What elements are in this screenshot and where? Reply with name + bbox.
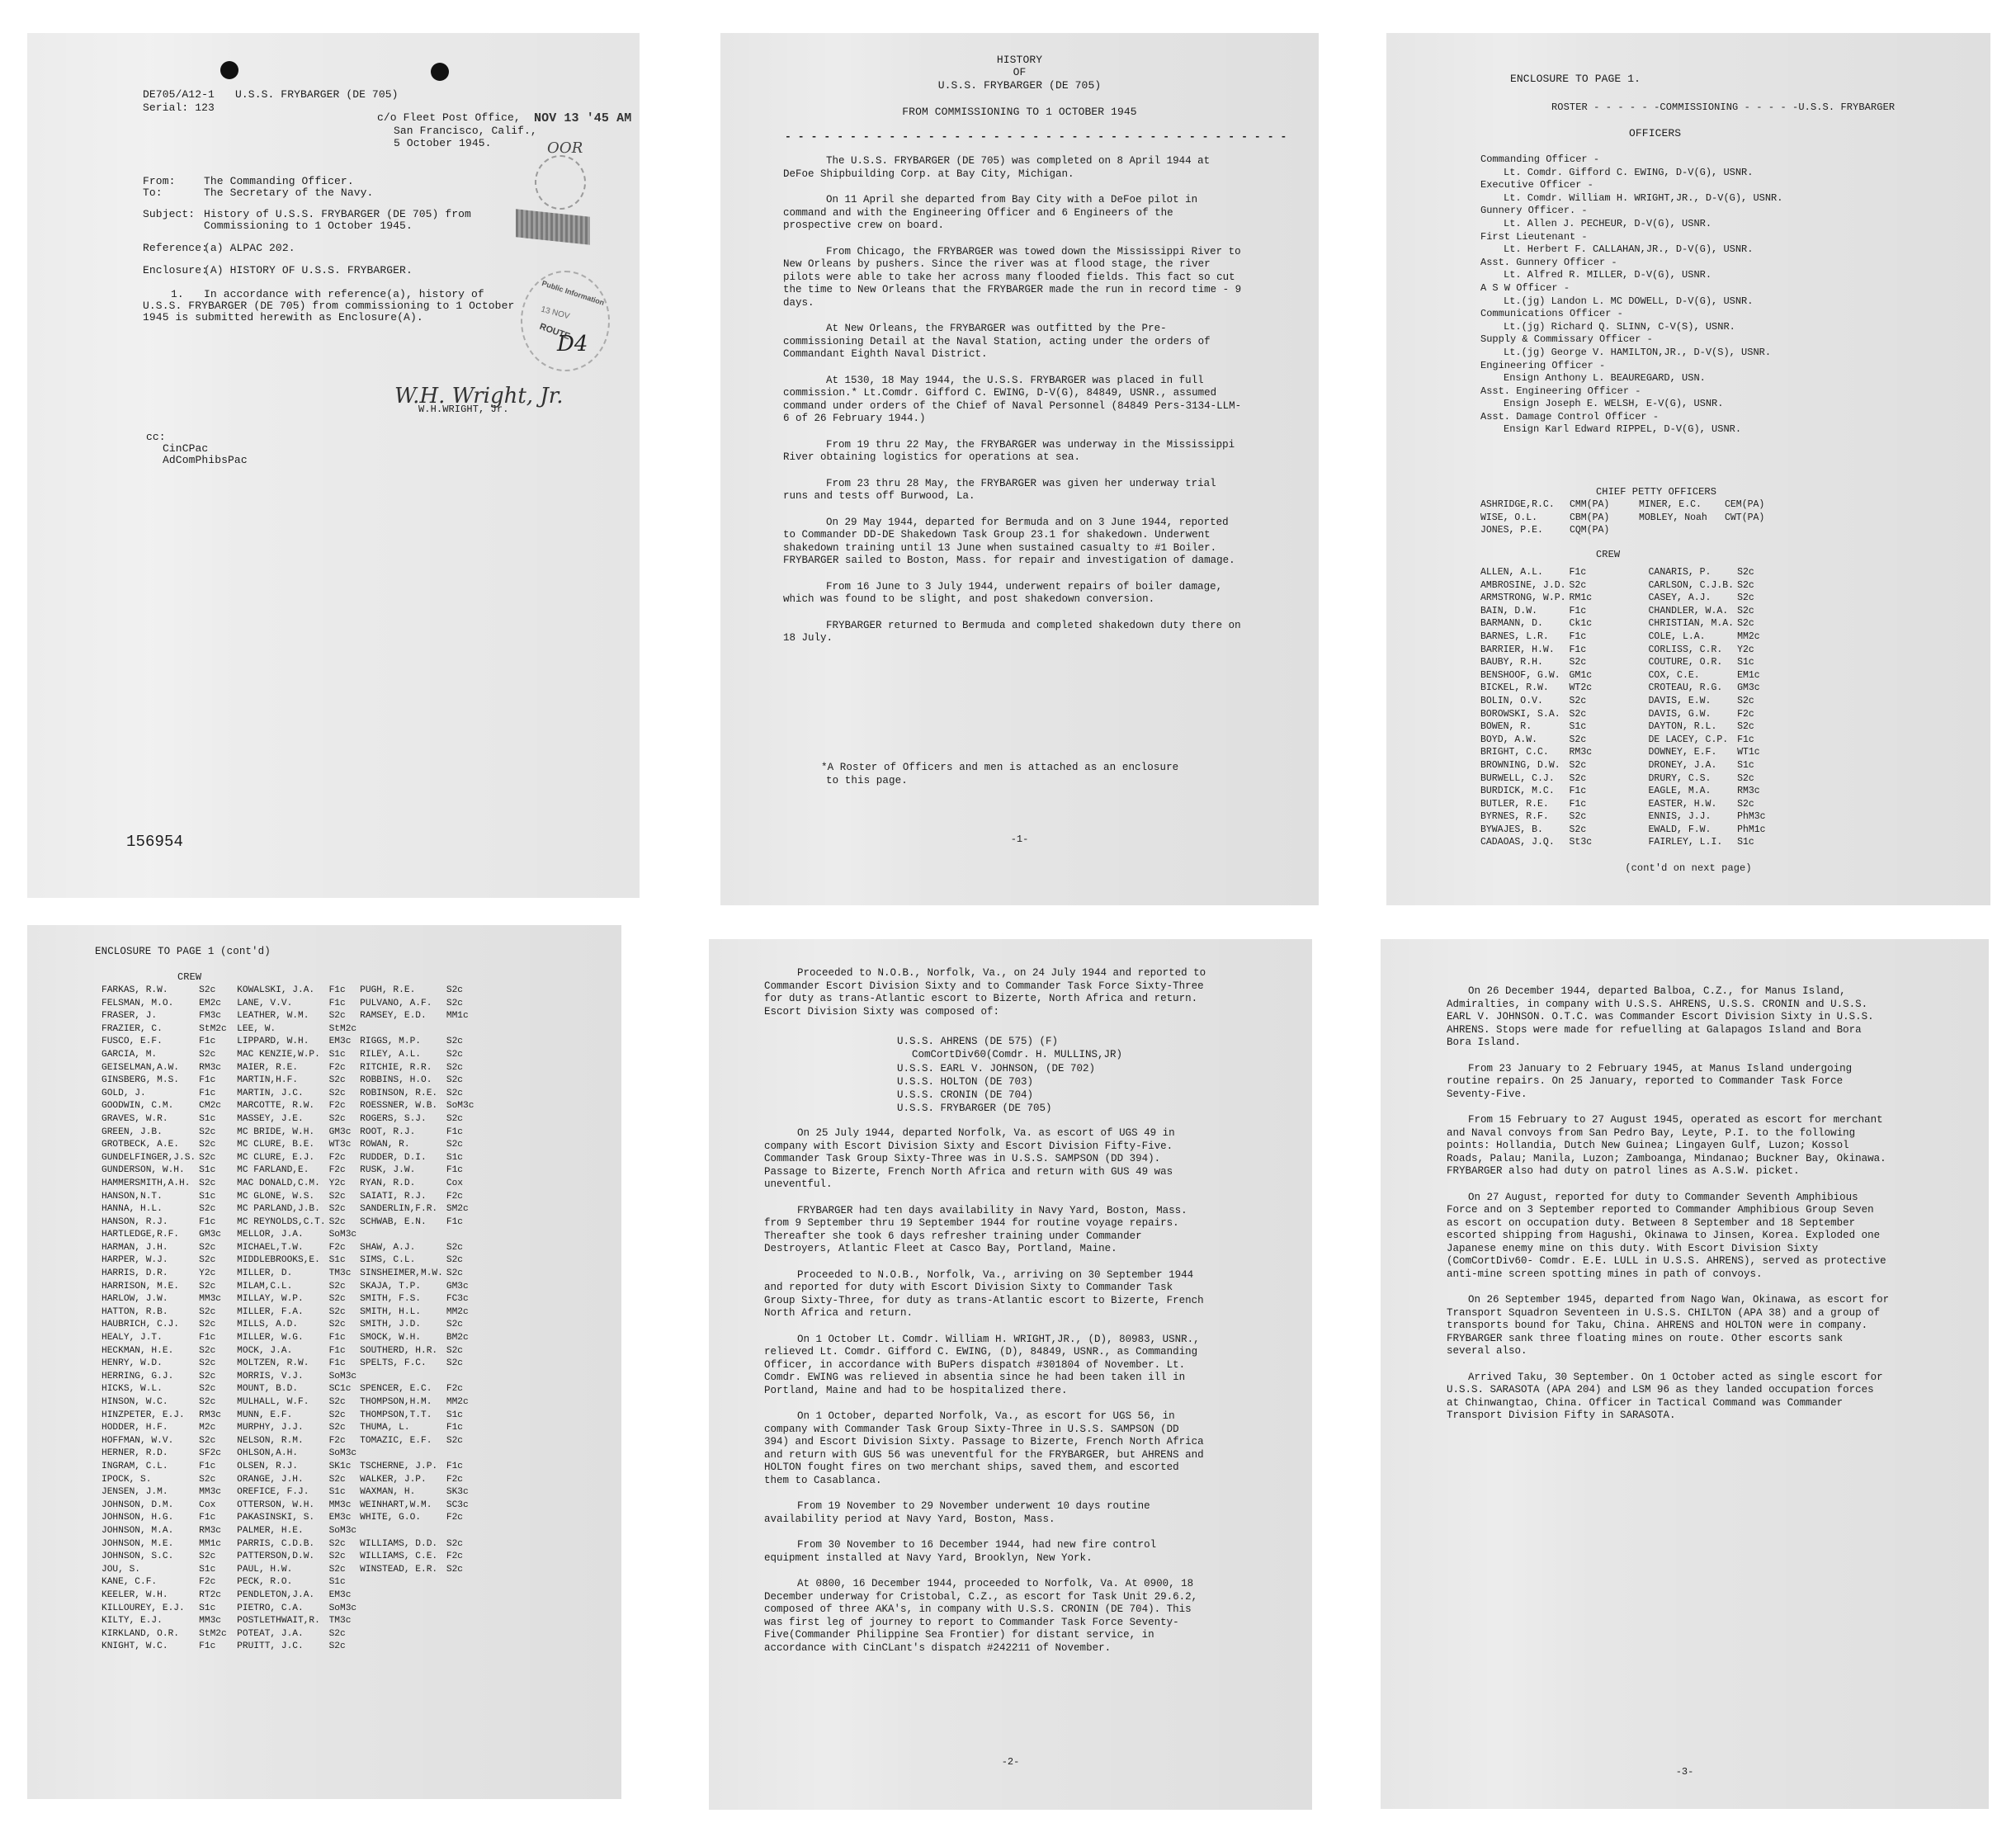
crew-rating: S2c <box>1737 617 1790 630</box>
roster-row: BAIN, D.W.F1cCHANDLER, W.A.S2c <box>1480 605 1790 618</box>
escort-ship: ComCortDiv60(Comdr. H. MULLINS,JR) <box>897 1048 1122 1061</box>
crew-name: HODDER, H.F. <box>102 1422 199 1435</box>
crew-name: KOWALSKI, J.A. <box>237 985 328 998</box>
crew-name: MOLTZEN, R.W. <box>237 1358 328 1371</box>
crew-rating: SoM3c <box>329 1447 361 1461</box>
crew-rating: S2c <box>329 1564 361 1577</box>
crew-rating: F2c <box>446 1551 483 1564</box>
roster-row: HODDER, H.F.M2cMURPHY, J.J.S2cTHUMA, L.F… <box>102 1422 483 1435</box>
crew-name: HERNER, R.D. <box>102 1447 199 1461</box>
history-paragraph: From 30 November to 16 December 1944, ha… <box>764 1539 1210 1565</box>
crew-name <box>360 1023 446 1037</box>
crew-name: GARCIA, M. <box>102 1049 199 1062</box>
crew-rating: S2c <box>1737 695 1790 708</box>
crew-name: THOMPSON,T.T. <box>360 1410 446 1423</box>
crew-name: MILLER, D. <box>237 1268 328 1281</box>
crew-rating: S1c <box>199 1164 237 1178</box>
crew-name: FRAZIER, C. <box>102 1023 199 1037</box>
crew-name: ORANGE, J.H. <box>237 1474 328 1487</box>
crew-name: ALLEN, A.L. <box>1480 566 1570 579</box>
crew-rating <box>446 1615 483 1628</box>
crew-name: MORRIS, V.J. <box>237 1371 328 1384</box>
crew-rating: SoM3c <box>446 1100 483 1113</box>
crew-name: PECK, R.O. <box>237 1576 328 1589</box>
crew-rating: RM3c <box>1737 785 1790 798</box>
crew-name: WHITE, G.O. <box>360 1512 446 1525</box>
roster-row: FUSCO, E.F.F1cLIPPARD, W.H.EM3cRIGGS, M.… <box>102 1036 483 1049</box>
crew-name: JOHNSON, D.M. <box>102 1499 199 1513</box>
roster-row: BAUBY, R.H.S2cCOUTURE, O.R.S1c <box>1480 656 1790 669</box>
document-number: 156954 <box>126 835 183 848</box>
crew-name: CADAOAS, J.Q. <box>1480 836 1570 849</box>
crew-rating: Y2c <box>329 1178 361 1191</box>
crew-name: MICHAEL,T.W. <box>237 1242 328 1255</box>
crew-name: RILEY, A.L. <box>360 1049 446 1062</box>
crew-name: HARMAN, J.H. <box>102 1242 199 1255</box>
history-paragraph: On 1 October Lt. Comdr. William H. WRIGH… <box>764 1334 1210 1398</box>
officer-role: Executive Officer - <box>1480 179 1782 192</box>
officer-name: Lt. Comdr. William H. WRIGHT,JR., D-V(G)… <box>1480 192 1782 205</box>
crew-rating: S2c <box>329 1628 361 1641</box>
crew-name <box>360 1229 446 1242</box>
history-page-3: On 26 December 1944, departed Balboa, C.… <box>1381 939 1989 1809</box>
officer-role: Communications Officer - <box>1480 308 1782 321</box>
crew-rating: F1c <box>1570 798 1649 811</box>
history-paragraph: On 29 May 1944, departed for Bermuda and… <box>783 517 1245 568</box>
address-line: San Francisco, Calif., <box>394 125 537 138</box>
crew-rating: StM2c <box>199 1023 237 1037</box>
crew-rating: MM2c <box>1737 630 1790 644</box>
crew-rating: F1c <box>329 1358 361 1371</box>
page-number: -3- <box>1381 1766 1989 1778</box>
crew-name: CARLSON, C.J.B. <box>1649 579 1738 593</box>
crew-name: MC REYNOLDS,C.T. <box>237 1216 328 1230</box>
cc-recipient: AdComPhibsPac <box>163 454 248 467</box>
crew-name: PAUL, H.W. <box>237 1564 328 1577</box>
crew-rating: S2c <box>199 1126 237 1140</box>
clock-stamp-icon <box>535 155 586 210</box>
crew-name: RYAN, R.D. <box>360 1178 446 1191</box>
history-body: The U.S.S. FRYBARGER (DE 705) was comple… <box>783 155 1245 659</box>
crew-name: WINSTEAD, E.R. <box>360 1564 446 1577</box>
subject-label: Subject: <box>143 208 195 221</box>
escort-ship: U.S.S. AHRENS (DE 575) (F) <box>897 1035 1122 1048</box>
roster-row: KILTY, E.J.MM3cPOSTLETHWAIT,R.TM3c <box>102 1615 483 1628</box>
crew-name: PUGH, R.E. <box>360 985 446 998</box>
crew-name: ROGERS, S.J. <box>360 1113 446 1126</box>
crew-rating: RM3c <box>1570 746 1649 759</box>
crew-name: BUTLER, R.E. <box>1480 798 1570 811</box>
crew-name: MILLS, A.D. <box>237 1319 328 1332</box>
reference-label: Reference: <box>143 242 208 255</box>
crew-rating: Cox <box>199 1499 237 1513</box>
crew-name: GINSBERG, M.S. <box>102 1074 199 1088</box>
crew-rating: S2c <box>329 1191 361 1204</box>
crew-rating: S1c <box>329 1576 361 1589</box>
received-stamp: NOV 13 '45 AM <box>534 112 631 125</box>
roster-row: HANSON,N.T.S1cMC GLONE, W.S.S2cSAIATI, R… <box>102 1191 483 1204</box>
crew-name: MC BRIDE, W.H. <box>237 1126 328 1140</box>
crew-rating <box>446 1603 483 1616</box>
crew-name: OTTERSON, W.H. <box>237 1499 328 1513</box>
crew-name <box>360 1589 446 1603</box>
crew-rating: S2c <box>199 1242 237 1255</box>
crew-name: BAIN, D.W. <box>1480 605 1570 618</box>
crew-name: KIRKLAND, O.R. <box>102 1628 199 1641</box>
crew-rating: CMM(PA) <box>1570 498 1639 512</box>
crew-rating <box>446 1641 483 1654</box>
history-paragraph: From Chicago, the FRYBARGER was towed do… <box>783 246 1245 310</box>
crew-name: KANE, C.F. <box>102 1576 199 1589</box>
crew-rating: M2c <box>199 1422 237 1435</box>
roster-row: FRASER, J.FM3cLEATHER, W.M.S2cRAMSEY, E.… <box>102 1010 483 1023</box>
roster-row: GARCIA, M.S2cMAC KENZIE,W.P.S1cRILEY, A.… <box>102 1049 483 1062</box>
crew-name: FELSMAN, M.O. <box>102 998 199 1011</box>
crew-name: SMOCK, W.H. <box>360 1332 446 1345</box>
crew-rating: SM2c <box>446 1203 483 1216</box>
roster-row: BOYD, A.W.S2cDE LACEY, C.P.F1c <box>1480 734 1790 747</box>
roster-row: HANNA, H.L.S2cMC PARLAND,J.B.S2cSANDERLI… <box>102 1203 483 1216</box>
crew-name: HARTLEDGE,R.F. <box>102 1229 199 1242</box>
roster-row: JOHNSON, D.M.CoxOTTERSON, W.H.MM3cWEINHA… <box>102 1499 483 1513</box>
officer-name: Ensign Karl Edward RIPPEL, D-V(G), USNR. <box>1480 423 1782 437</box>
crew-name: BYWAJES, B. <box>1480 824 1570 837</box>
crew-name: SPENCER, E.C. <box>360 1383 446 1396</box>
crew-name: RUDDER, D.I. <box>360 1152 446 1165</box>
roster-row: HEALY, J.T.F1cMILLER, W.G.F1cSMOCK, W.H.… <box>102 1332 483 1345</box>
roster-row: GOLD, J.F1cMARTIN, J.C.S2cROBINSON, R.E.… <box>102 1088 483 1101</box>
crew-rating: F2c <box>329 1242 361 1255</box>
crew-name: SCHWAB, E.N. <box>360 1216 446 1230</box>
crew-rating: F2c <box>329 1100 361 1113</box>
crew-rating: F1c <box>199 1088 237 1101</box>
crew-name: MARTIN,H.F. <box>237 1074 328 1088</box>
footnote: *A Roster of Officers and men is attache… <box>821 761 1178 774</box>
roster-row: BOLIN, O.V.S2cDAVIS, E.W.S2c <box>1480 695 1790 708</box>
roster-row: BROWNING, D.W.S2cDRONEY, J.A.S1c <box>1480 759 1790 772</box>
crew-name: ROBBINS, H.O. <box>360 1074 446 1088</box>
roster-row: JENSEN, J.M.MM3cOREFICE, F.J.S1cWAXMAN, … <box>102 1486 483 1499</box>
crew-name: MARCOTTE, R.W. <box>237 1100 328 1113</box>
crew-name: MC CLURE, B.E. <box>237 1139 328 1152</box>
crew-name: MC CLURE, E.J. <box>237 1152 328 1165</box>
crew-rating: S2c <box>329 1216 361 1230</box>
officers-heading: OFFICERS <box>1629 127 1681 140</box>
crew-name: CORLISS, C.R. <box>1649 644 1738 657</box>
crew-rating: GM3c <box>199 1229 237 1242</box>
letter-date: 5 October 1945. <box>394 137 492 150</box>
roster-row: AMBROSINE, J.D.S2cCARLSON, C.J.B.S2c <box>1480 579 1790 593</box>
roster-row: ASHRIDGE,R.C.CMM(PA)MINER, E.C.CEM(PA) <box>1480 498 1778 512</box>
roster-row: BENSHOOF, G.W.GM1cCOX, C.E.EM1c <box>1480 669 1790 682</box>
roster-row: JOHNSON, H.G.F1cPAKASINSKI, S.EM3cWHITE,… <box>102 1512 483 1525</box>
crew-rating: WT3c <box>329 1139 361 1152</box>
roster-row: BOWEN, R.S1cDAYTON, R.L.S2c <box>1480 720 1790 734</box>
crew-rating: S2c <box>199 1474 237 1487</box>
crew-rating: F1c <box>329 1332 361 1345</box>
roster-row: FELSMAN, M.O.EM2cLANE, V.V.F1cPULVANO, A… <box>102 998 483 1011</box>
roster-row: HAUBRICH, C.J.S2cMILLS, A.D.S2cSMITH, J.… <box>102 1319 483 1332</box>
crew-name: JOHNSON, H.G. <box>102 1512 199 1525</box>
crew-rating <box>446 1447 483 1461</box>
roster-row: HOFFMAN, W.V.S2cNELSON, R.M.F2cTOMAZIC, … <box>102 1435 483 1448</box>
crew-rating: MM1c <box>199 1538 237 1551</box>
crew-name <box>360 1641 446 1654</box>
crew-name <box>360 1576 446 1589</box>
crew-name: BAUBY, R.H. <box>1480 656 1570 669</box>
crew-name: FUSCO, E.F. <box>102 1036 199 1049</box>
crew-rating: S2c <box>446 1088 483 1101</box>
crew-name: PENDLETON,J.A. <box>237 1589 328 1603</box>
history-paragraph: FRYBARGER returned to Bermuda and comple… <box>783 620 1245 645</box>
crew-rating: S2c <box>199 1152 237 1165</box>
crew-rating: S2c <box>446 1049 483 1062</box>
crew-name: MIDDLEBROOKS,E. <box>237 1254 328 1268</box>
crew-rating: WT1c <box>1737 746 1790 759</box>
crew-rating: F1c <box>446 1422 483 1435</box>
crew-rating: SK1c <box>329 1461 361 1474</box>
crew-name: IPOCK, S. <box>102 1474 199 1487</box>
officer-role: A S W Officer - <box>1480 282 1782 295</box>
roster-row: KANE, C.F.F2cPECK, R.O.S1c <box>102 1576 483 1589</box>
crew-name: WILLIAMS, C.E. <box>360 1551 446 1564</box>
crew-rating: MM2c <box>446 1306 483 1320</box>
crew-name: SMITH, F.S. <box>360 1293 446 1306</box>
roster-continued-page: ENCLOSURE TO PAGE 1 (cont'd) CREW FARKAS… <box>27 925 621 1799</box>
crew-name <box>360 1525 446 1538</box>
officer-name: Lt.(jg) Richard Q. SLINN, C-V(S), USNR. <box>1480 321 1782 334</box>
crew-name: HARPER, W.J. <box>102 1254 199 1268</box>
crew-name: EWALD, F.W. <box>1649 824 1738 837</box>
roster-row: KIRKLAND, O.R.StM2cPOTEAT, J.A.S2c <box>102 1628 483 1641</box>
crew-name: SMITH, H.L. <box>360 1306 446 1320</box>
crew-name: KILLOUREY, E.J. <box>102 1603 199 1616</box>
crew-rating: RM3c <box>199 1410 237 1423</box>
crew-name: SPELTS, F.C. <box>360 1358 446 1371</box>
crew-name: HATTON, R.B. <box>102 1306 199 1320</box>
crew-rating: S2c <box>1570 810 1649 824</box>
crew-name: WISE, O.L. <box>1480 512 1570 525</box>
crew-rating: CBM(PA) <box>1570 512 1639 525</box>
roster-row: BYWAJES, B.S2cEWALD, F.W.PhM1c <box>1480 824 1790 837</box>
crew-rating: S2c <box>329 1293 361 1306</box>
history-paragraph: At New Orleans, the FRYBARGER was outfit… <box>783 323 1245 361</box>
crew-rating: Y2c <box>1737 644 1790 657</box>
crew-name: INGRAM, C.L. <box>102 1461 199 1474</box>
roster-row: GROTBECK, A.E.S2cMC CLURE, B.E.WT3cROWAN… <box>102 1139 483 1152</box>
crew-name: RIGGS, M.P. <box>360 1036 446 1049</box>
crew-name: MILAM,C.L. <box>237 1281 328 1294</box>
crew-rating: F2c <box>329 1152 361 1165</box>
escort-ship: U.S.S. EARL V. JOHNSON, (DE 702) <box>897 1062 1122 1075</box>
officer-name: Lt. Herbert F. CALLAHAN,JR., D-V(G), USN… <box>1480 243 1782 257</box>
crew-rating: Y2c <box>199 1268 237 1281</box>
crew-name: PATTERSON,D.W. <box>237 1551 328 1564</box>
enclosure-label: Enclosure: <box>143 264 208 277</box>
crew-rating: S2c <box>199 985 237 998</box>
crew-rating: S2c <box>199 1178 237 1191</box>
crew-rating <box>446 1371 483 1384</box>
crew-rating: S2c <box>446 985 483 998</box>
crew-rating: S2c <box>1737 566 1790 579</box>
crew-name: HANSON,N.T. <box>102 1191 199 1204</box>
crew-rating: MM3c <box>199 1486 237 1499</box>
crew-name: ROBINSON, R.E. <box>360 1088 446 1101</box>
footnote: to this page. <box>826 774 908 787</box>
crew-rating: S2c <box>329 1281 361 1294</box>
crew-name: WEINHART,W.M. <box>360 1499 446 1513</box>
crew-rating: F2c <box>329 1164 361 1178</box>
crew-name: MASSEY, J.E. <box>237 1113 328 1126</box>
crew-rating <box>446 1628 483 1641</box>
crew-rating: F1c <box>1570 630 1649 644</box>
crew-rating: PhM1c <box>1737 824 1790 837</box>
officer-role: Asst. Gunnery Officer - <box>1480 257 1782 270</box>
crew-rating: PhM3c <box>1737 810 1790 824</box>
crew-rating: F1c <box>446 1126 483 1140</box>
crew-rating: F1c <box>199 1512 237 1525</box>
crew-name: CASEY, A.J. <box>1649 592 1738 605</box>
to-label: To: <box>143 187 163 200</box>
crew-rating: S2c <box>199 1254 237 1268</box>
crew-rating: EM3c <box>329 1512 361 1525</box>
archive-stamp-icon <box>516 209 590 244</box>
crew-rating: S2c <box>329 1074 361 1088</box>
cover-letter-page: DE705/A12-1 Serial: 123 U.S.S. FRYBARGER… <box>27 33 640 898</box>
history-page-2: Proceeded to N.O.B., Norfolk, Va., on 24… <box>709 939 1312 1810</box>
history-subtitle: FROM COMMISSIONING TO 1 OCTOBER 1945 <box>720 106 1319 119</box>
crew-heading: CREW <box>177 970 201 984</box>
crew-name: BARRIER, H.W. <box>1480 644 1570 657</box>
crew-rating: F1c <box>199 1332 237 1345</box>
crew-rating: MM2c <box>446 1396 483 1410</box>
roster-row: HICKS, W.L.S2cMOUNT, B.D.SC1cSPENCER, E.… <box>102 1383 483 1396</box>
crew-name: MILLAY, W.P. <box>237 1293 328 1306</box>
crew-name: DE LACEY, C.P. <box>1649 734 1738 747</box>
history-paragraph: At 1530, 18 May 1944, the U.S.S. FRYBARG… <box>783 375 1245 426</box>
crew-rating <box>446 1589 483 1603</box>
crew-name: SKAJA, T.P. <box>360 1281 446 1294</box>
crew-rating: FC3c <box>446 1293 483 1306</box>
crew-name: THOMPSON,H.M. <box>360 1396 446 1410</box>
crew-rating: S1c <box>199 1113 237 1126</box>
roster-row: HANSON, R.J.F1cMC REYNOLDS,C.T.S2cSCHWAB… <box>102 1216 483 1230</box>
crew-name: SOUTHERD, H.R. <box>360 1345 446 1358</box>
crew-name: DRURY, C.S. <box>1649 772 1738 786</box>
crew-name: MAC DONALD,C.M. <box>237 1178 328 1191</box>
crew-name: CHRISTIAN, M.A. <box>1649 617 1738 630</box>
crew-rating: F1c <box>199 1216 237 1230</box>
crew-name: RUSK, J.W. <box>360 1164 446 1178</box>
crew-rating: GM3c <box>446 1281 483 1294</box>
history-paragraph: From 16 June to 3 July 1944, underwent r… <box>783 581 1245 607</box>
crew-rating: F1c <box>446 1461 483 1474</box>
crew-name: OHLSON,A.H. <box>237 1447 328 1461</box>
crew-rating: S2c <box>1570 734 1649 747</box>
crew-rating: S2c <box>1737 592 1790 605</box>
roster-row: JONES, P.E.CQM(PA) <box>1480 524 1778 537</box>
crew-name: BICKEL, R.W. <box>1480 682 1570 695</box>
crew-name: OLSEN, R.J. <box>237 1461 328 1474</box>
history-paragraph: From 19 thru 22 May, the FRYBARGER was u… <box>783 439 1245 465</box>
roster-row: GUNDELFINGER,J.S.S2cMC CLURE, E.J.F2cRUD… <box>102 1152 483 1165</box>
crew-rating: SoM3c <box>329 1603 361 1616</box>
roster-row: BURWELL, C.J.S2cDRURY, C.S.S2c <box>1480 772 1790 786</box>
roster-row: GOODWIN, C.M.CM2cMARCOTTE, R.W.F2cROESSN… <box>102 1100 483 1113</box>
roster-row: GREEN, J.B.S2cMC BRIDE, W.H.GM3cROOT, R.… <box>102 1126 483 1140</box>
crew-rating: S2c <box>446 1139 483 1152</box>
crew-name: JOU, S. <box>102 1564 199 1577</box>
crew-name: BRIGHT, C.C. <box>1480 746 1570 759</box>
crew-rating: S2c <box>199 1345 237 1358</box>
crew-rating: S2c <box>199 1203 237 1216</box>
crew-name: HANNA, H.L. <box>102 1203 199 1216</box>
roster-row: JOU, S.S1cPAUL, H.W.S2cWINSTEAD, E.R.S2c <box>102 1564 483 1577</box>
crew-rating: S2c <box>329 1010 361 1023</box>
crew-heading: CREW <box>1596 548 1620 561</box>
crew-name: HERRING, G.J. <box>102 1371 199 1384</box>
crew-name: MUNN, E.F. <box>237 1410 328 1423</box>
roster-title: ROSTER - - - - - -COMMISSIONING - - - - … <box>1551 101 1895 114</box>
roster-row: ALLEN, A.L.F1cCANARIS, P.S2c <box>1480 566 1790 579</box>
crew-rating: Ck1c <box>1570 617 1649 630</box>
crew-rating: GM1c <box>1570 669 1649 682</box>
roster-row: GRAVES, W.R.S1cMASSEY, J.E.S2cROGERS, S.… <box>102 1113 483 1126</box>
escort-ship: U.S.S. HOLTON (DE 703) <box>897 1075 1122 1089</box>
crew-name: HENRY, W.D. <box>102 1358 199 1371</box>
crew-rating: S2c <box>329 1410 361 1423</box>
roster-row: JOHNSON, M.A.RM3cPALMER, H.E.SoM3c <box>102 1525 483 1538</box>
history-title: U.S.S. FRYBARGER (DE 705) <box>720 79 1319 92</box>
crew-rating: S1c <box>199 1564 237 1577</box>
officer-role: Supply & Commissary Officer - <box>1480 333 1782 347</box>
crew-rating: S1c <box>446 1410 483 1423</box>
crew-rating: S1c <box>199 1603 237 1616</box>
crew-rating: S2c <box>199 1049 237 1062</box>
crew-rating: S2c <box>1570 772 1649 786</box>
crew-name: BOROWSKI, S.A. <box>1480 708 1570 721</box>
crew-rating <box>446 1023 483 1037</box>
crew-rating: S2c <box>446 1113 483 1126</box>
crew-rating: EM3c <box>329 1036 361 1049</box>
crew-rating: EM1c <box>1737 669 1790 682</box>
crew-rating: WT2c <box>1570 682 1649 695</box>
crew-rating: EM2c <box>199 998 237 1011</box>
officer-role: Gunnery Officer. - <box>1480 205 1782 218</box>
escort-division-ships: U.S.S. AHRENS (DE 575) (F)ComCortDiv60(C… <box>897 1035 1122 1116</box>
crew-rating: F2c <box>329 1062 361 1075</box>
roster-row: HERRING, G.J.S2cMORRIS, V.J.SoM3c <box>102 1371 483 1384</box>
crew-name: KEELER, W.H. <box>102 1589 199 1603</box>
crew-name: MELLOR, J.A. <box>237 1229 328 1242</box>
officer-role: Asst. Engineering Officer - <box>1480 385 1782 399</box>
crew-rating: S2c <box>199 1435 237 1448</box>
crew-name: BOLIN, O.V. <box>1480 695 1570 708</box>
history-paragraph: FRYBARGER had ten days availability in N… <box>764 1205 1210 1256</box>
crew-name: MC GLONE, W.S. <box>237 1191 328 1204</box>
crew-name: MINER, E.C. <box>1639 498 1725 512</box>
page-number: -1- <box>720 833 1319 845</box>
crew-rating: S2c <box>446 1538 483 1551</box>
crew-name: MC FARLAND,E. <box>237 1164 328 1178</box>
crew-name: NELSON, R.M. <box>237 1435 328 1448</box>
crew-name: JENSEN, J.M. <box>102 1486 199 1499</box>
crew-rating: S2c <box>329 1474 361 1487</box>
crew-rating: EM3c <box>329 1589 361 1603</box>
subject-line: Commissioning to 1 October 1945. <box>204 220 413 233</box>
crew-name: POSTLETHWAIT,R. <box>237 1615 328 1628</box>
officer-name: Ensign Joseph E. WELSH, E-V(G), USNR. <box>1480 398 1782 411</box>
